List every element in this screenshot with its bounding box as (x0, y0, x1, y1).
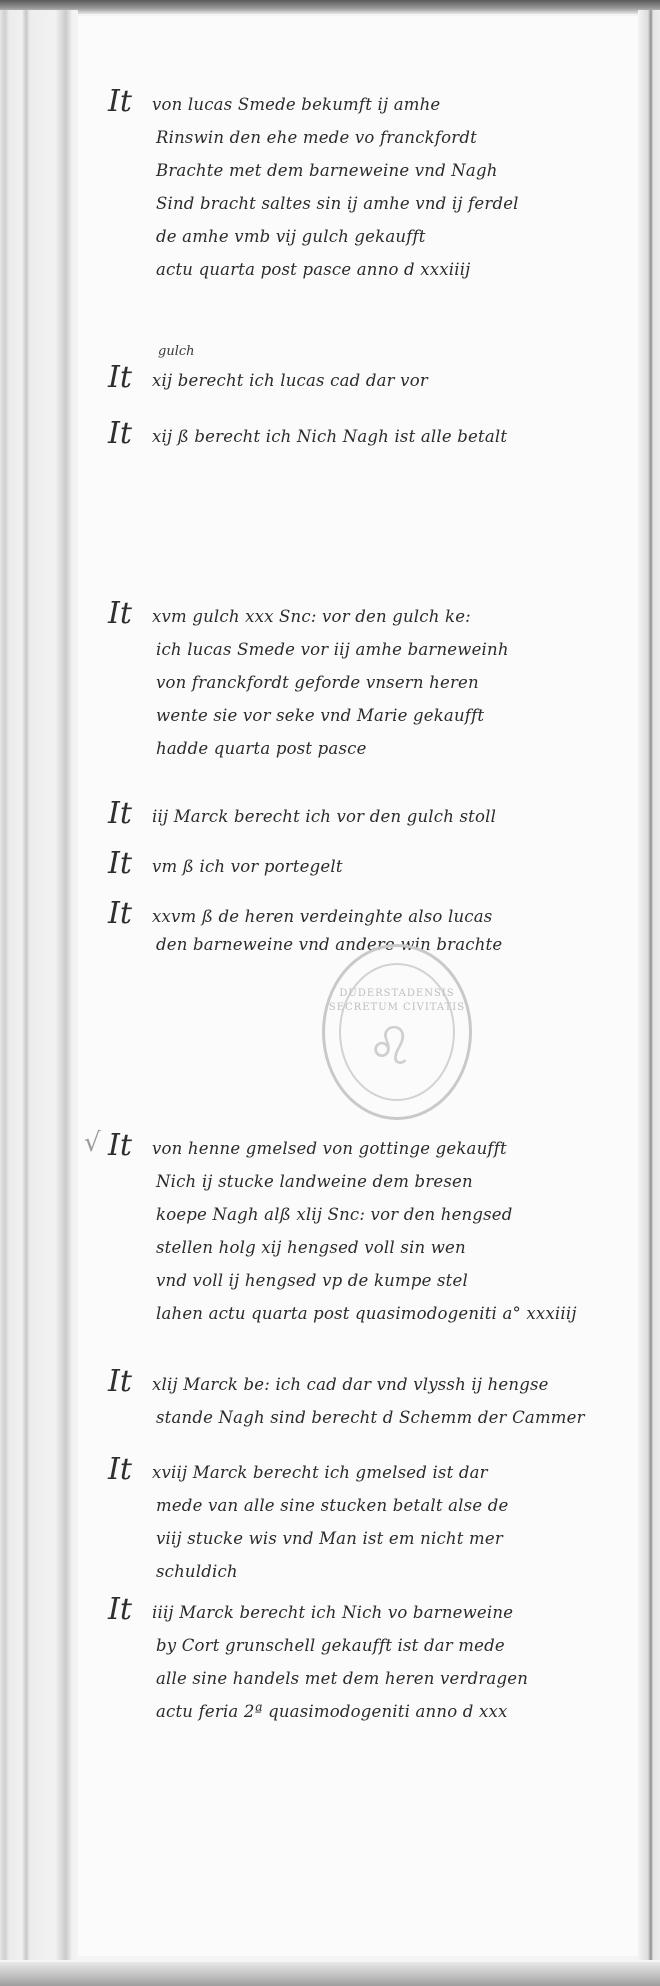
book-bottom-edge (0, 1962, 660, 1986)
item-marker: It (108, 596, 132, 631)
entry-line: Nich ij stucke landweine dem bresen (118, 1165, 638, 1198)
entry-line: mede van alle sine stucken betalt alse d… (118, 1489, 638, 1522)
account-entry: It iiij Marck berecht ich Nich vo barnew… (118, 1596, 638, 1728)
account-entry: It iij Marck berecht ich vor den gulch s… (118, 800, 638, 833)
entry-line: wente sie vor seke vnd Marie gekaufft (118, 699, 638, 732)
entry-line: von lucas Smede bekumft ij amhe (118, 88, 638, 121)
item-marker: It (108, 846, 132, 881)
superscript-note: gulch (158, 344, 195, 359)
entry-line: von henne gmelsed von gottinge gekaufft (118, 1132, 638, 1165)
item-marker: It (108, 1128, 132, 1163)
account-entry: It vm ß ich vor portegelt (118, 850, 638, 883)
entry-line: Sind bracht saltes sin ij amhe vnd ij fe… (118, 187, 638, 220)
scanned-manuscript: It von lucas Smede bekumft ij amhe Rinsw… (0, 0, 660, 1986)
entry-line: de amhe vmb vij gulch gekaufft (118, 220, 638, 253)
entry-line: xviij Marck berecht ich gmelsed ist dar (118, 1456, 638, 1489)
entry-line: alle sine handels met dem heren verdrage… (118, 1662, 638, 1695)
entry-line: iij Marck berecht ich vor den gulch stol… (118, 800, 638, 833)
entry-line: von franckfordt geforde vnsern heren (118, 666, 638, 699)
entry-line: xvm gulch xxx Snc: vor den gulch ke: (118, 600, 638, 633)
item-marker: It (108, 84, 132, 119)
item-marker: It (108, 1592, 132, 1627)
entry-line: vm ß ich vor portegelt (118, 850, 638, 883)
book-right-edge (638, 10, 660, 1960)
account-entry: It xviij Marck berecht ich gmelsed ist d… (118, 1456, 638, 1588)
entry-line: xij berecht ich lucas cad dar vor (118, 364, 638, 397)
entry-line: vnd voll ij hengsed vp de kumpe stel (118, 1264, 638, 1297)
item-marker: It (108, 1452, 132, 1487)
entry-line: xlij Marck be: ich cad dar vnd vlyssh ij… (118, 1368, 638, 1401)
account-entry: It xij ß berecht ich Nich Nagh ist alle … (118, 420, 638, 453)
entry-line: actu quarta post pasce anno d xxxiiij (118, 253, 638, 286)
account-entry: gulch It xij berecht ich lucas cad dar v… (118, 364, 638, 397)
entry-line: stellen holg xij hengsed voll sin wen (118, 1231, 638, 1264)
item-marker: It (108, 360, 132, 395)
entry-line: lahen actu quarta post quasimodogeniti a… (118, 1297, 638, 1330)
entry-line: Rinswin den ehe mede vo franckfordt (118, 121, 638, 154)
entry-line: hadde quarta post pasce (118, 732, 638, 765)
seal-legend: DUDERSTADENSIS SECRETUM CIVITATIS (325, 987, 469, 1015)
account-entry: It xlij Marck be: ich cad dar vnd vlyssh… (118, 1368, 638, 1434)
entry-line: actu feria 2ª quasimodogeniti anno d xxx (118, 1695, 638, 1728)
stacked-page-edges (0, 10, 78, 1960)
entry-line: viij stucke wis vnd Man ist em nicht mer (118, 1522, 638, 1555)
item-marker: It (108, 416, 132, 451)
entry-line: stande Nagh sind berecht d Schemm der Ca… (118, 1401, 638, 1434)
entry-line: Brachte met dem barneweine vnd Nagh (118, 154, 638, 187)
entry-line: ich lucas Smede vor iij amhe barneweinh (118, 633, 638, 666)
item-marker: It (108, 796, 132, 831)
entry-line: xij ß berecht ich Nich Nagh ist alle bet… (118, 420, 638, 453)
manuscript-page: It von lucas Smede bekumft ij amhe Rinsw… (78, 16, 638, 1956)
account-entry: It von lucas Smede bekumft ij amhe Rinsw… (118, 88, 638, 286)
entry-line: iiij Marck berecht ich Nich vo barnewein… (118, 1596, 638, 1629)
margin-checkmark-icon: √ (84, 1128, 101, 1158)
entry-line: by Cort grunschell gekaufft ist dar mede (118, 1629, 638, 1662)
item-marker: It (108, 896, 132, 931)
book-top-edge (0, 0, 660, 14)
account-entry: It xvm gulch xxx Snc: vor den gulch ke: … (118, 600, 638, 765)
account-entry: √ It von henne gmelsed von gottinge geka… (118, 1132, 638, 1330)
archive-seal-stamp: DUDERSTADENSIS SECRETUM CIVITATIS ♌ (322, 944, 472, 1120)
entry-line: koepe Nagh alß xlij Snc: vor den hengsed (118, 1198, 638, 1231)
item-marker: It (108, 1364, 132, 1399)
lion-rampant-icon: ♌ (367, 1017, 414, 1077)
entry-line: xxvm ß de heren verdeinghte also lucas (118, 900, 638, 933)
entry-line: schuldich (118, 1555, 638, 1588)
